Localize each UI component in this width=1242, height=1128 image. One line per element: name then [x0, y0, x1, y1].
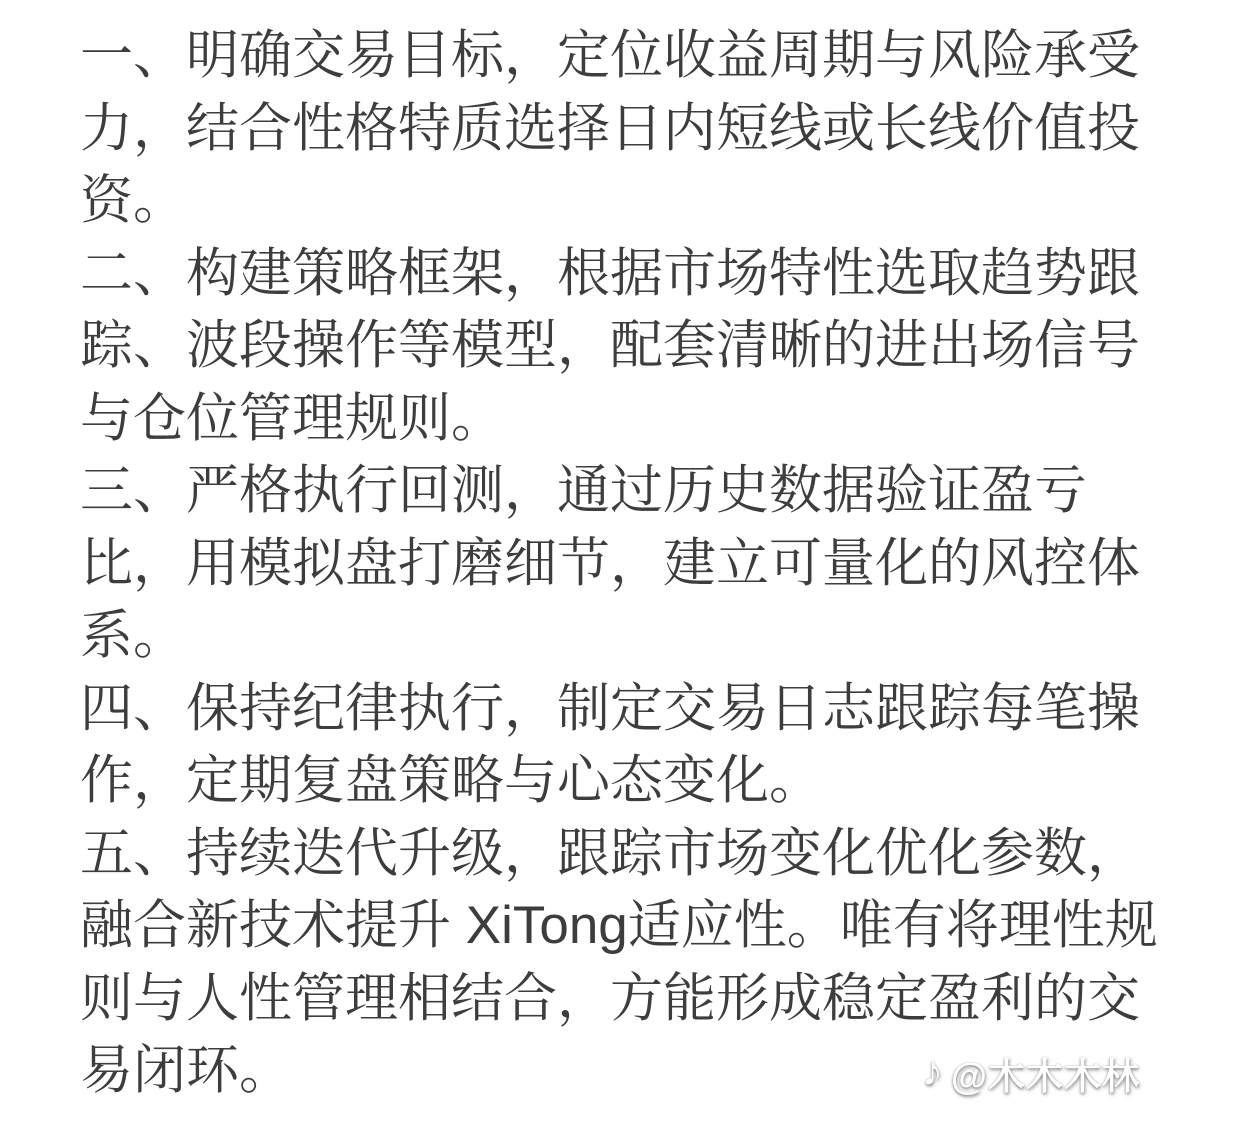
- text-line: 四、保持纪律执行，制定交易日志跟踪每笔操: [80, 673, 1180, 746]
- text-line: 比，用模拟盘打磨细节，建立可量化的风控体: [80, 528, 1180, 601]
- text-line: 三、严格执行回测，通过历史数据验证盈亏: [80, 455, 1180, 528]
- text-line: 五、持续迭代升级，跟踪市场变化优化参数，: [80, 818, 1180, 891]
- text-line: 踪、波段操作等模型，配套清晰的进出场信号: [80, 310, 1180, 383]
- text-line: 系。: [80, 600, 1180, 673]
- text-content: 一、明确交易目标，定位收益周期与风险承受力，结合性格特质选择日内短线或长线价值投…: [80, 20, 1180, 1108]
- paragraph: 二、构建策略框架，根据市场特性选取趋势跟踪、波段操作等模型，配套清晰的进出场信号…: [80, 238, 1180, 456]
- paragraph: 一、明确交易目标，定位收益周期与风险承受力，结合性格特质选择日内短线或长线价值投…: [80, 20, 1180, 238]
- watermark: ♪ @木木木林: [922, 1046, 1140, 1100]
- text-line: 二、构建策略框架，根据市场特性选取趋势跟: [80, 238, 1180, 311]
- paragraph: 四、保持纪律执行，制定交易日志跟踪每笔操作，定期复盘策略与心态变化。: [80, 673, 1180, 818]
- text-line: 则与人性管理相结合，方能形成稳定盈利的交: [80, 963, 1180, 1036]
- text-line: 融合新技术提升 XiTong适应性。唯有将理性规: [80, 890, 1180, 963]
- watermark-handle: @木木木林: [951, 1046, 1140, 1100]
- text-line: 作，定期复盘策略与心态变化。: [80, 745, 1180, 818]
- page: { "page": { "background_color": "#ffffff…: [0, 0, 1242, 1128]
- douyin-note-icon: ♪: [922, 1050, 943, 1092]
- text-line: 与仓位管理规则。: [80, 383, 1180, 456]
- text-line: 资。: [80, 165, 1180, 238]
- text-line: 力，结合性格特质选择日内短线或长线价值投: [80, 93, 1180, 166]
- text-line: 一、明确交易目标，定位收益周期与风险承受: [80, 20, 1180, 93]
- paragraph: 三、严格执行回测，通过历史数据验证盈亏比，用模拟盘打磨细节，建立可量化的风控体系…: [80, 455, 1180, 673]
